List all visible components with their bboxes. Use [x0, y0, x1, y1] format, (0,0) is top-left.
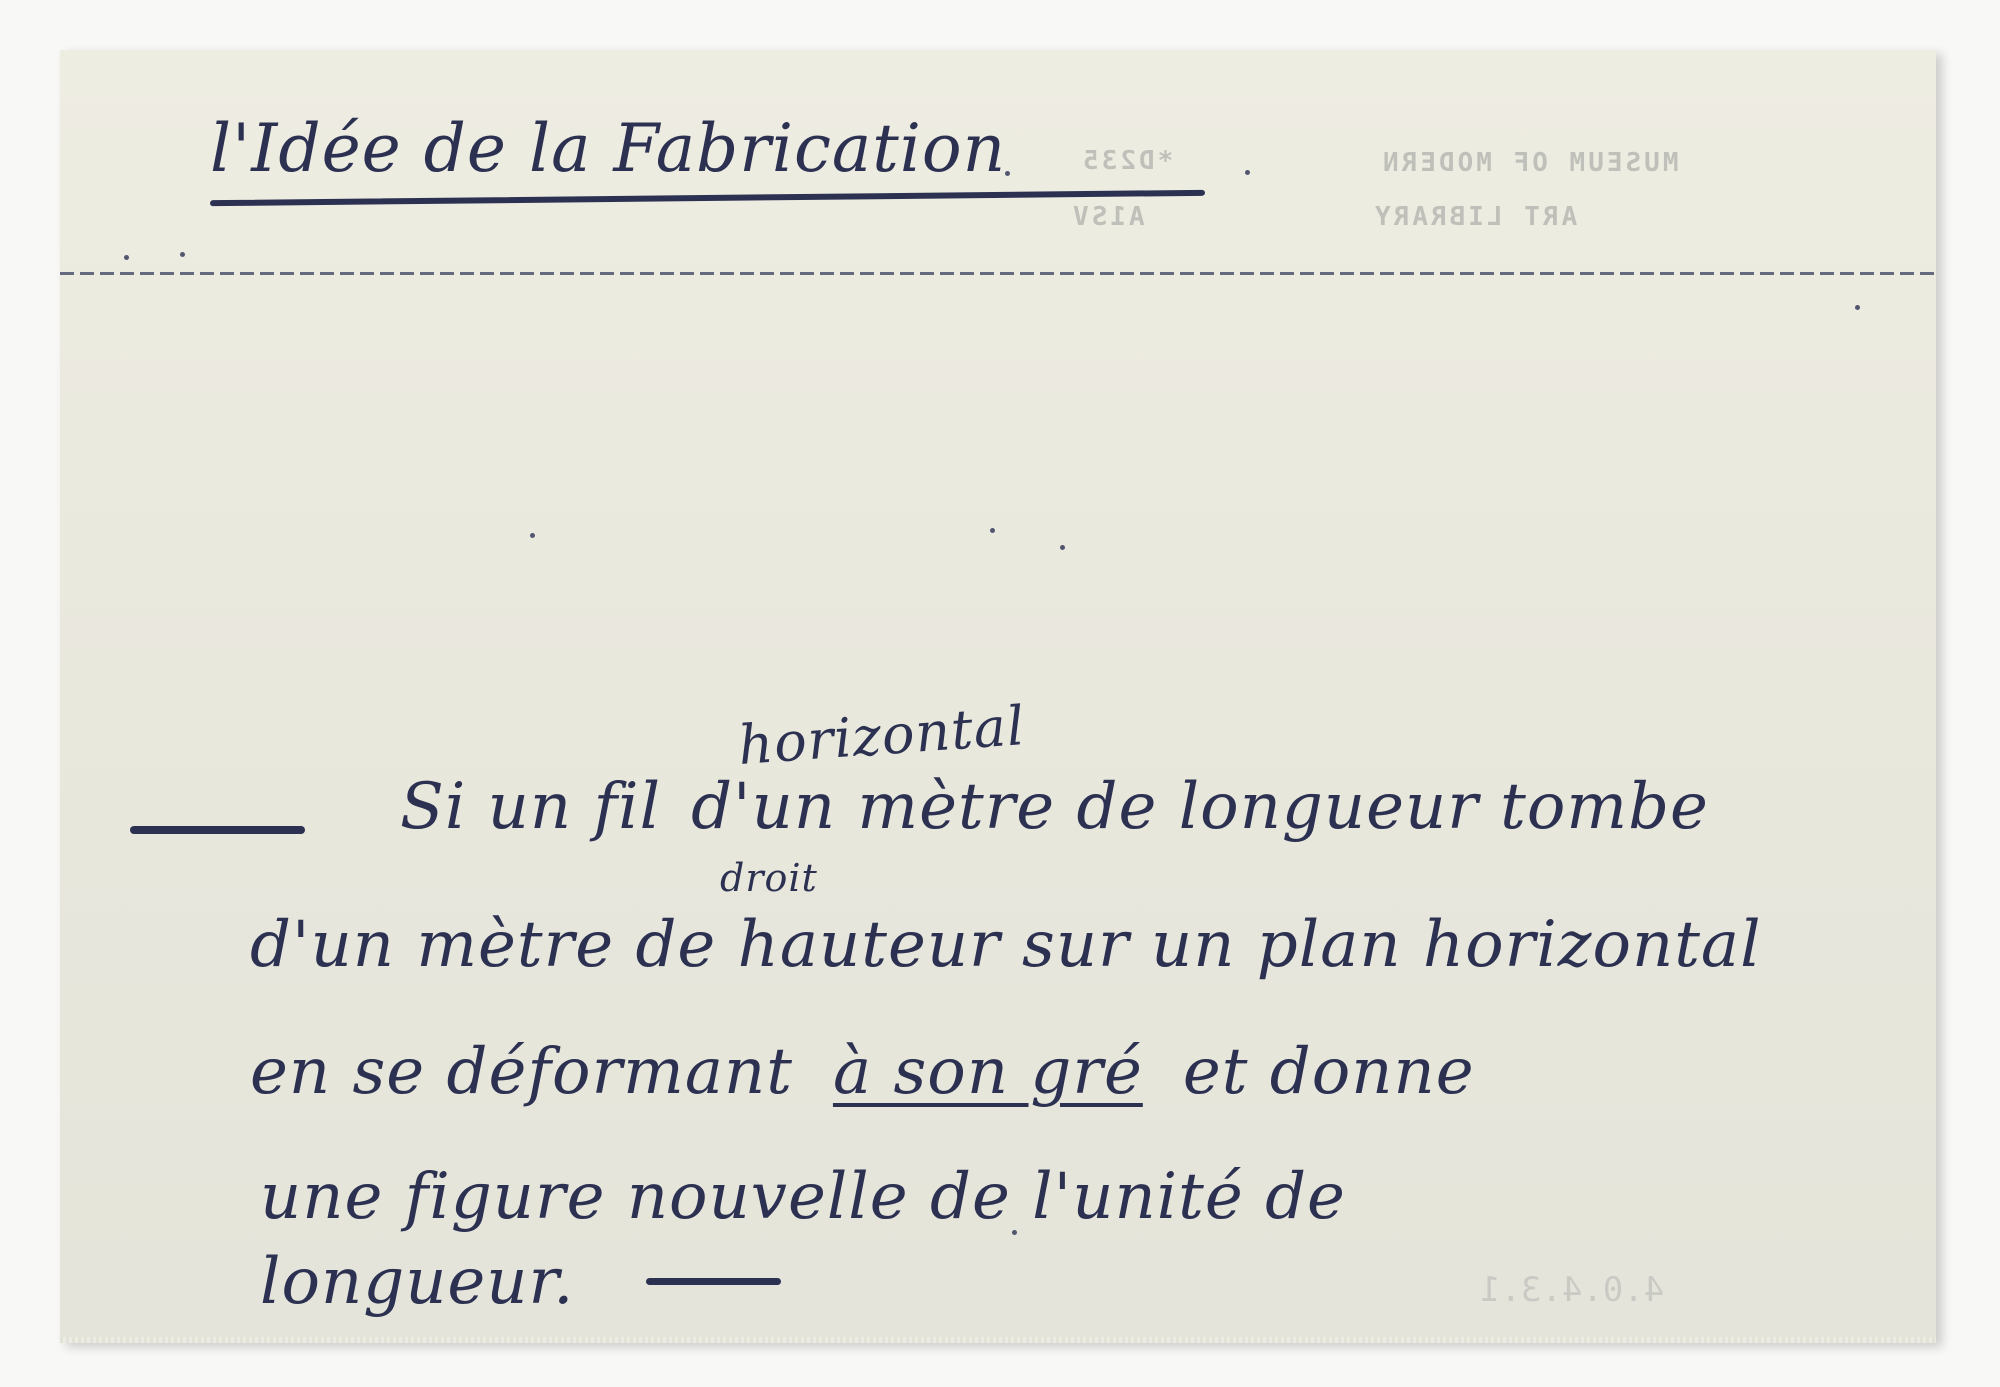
title-underline	[210, 190, 1205, 206]
lead-dash	[130, 826, 305, 834]
text-line-3: en se déformantà son gréet donne	[250, 1035, 1475, 1109]
underlined-phrase: à son gré	[833, 1035, 1143, 1109]
text-line-1: Si un fild'un mètre de longueur tombe	[400, 770, 1709, 844]
torn-rule-line	[60, 272, 1936, 275]
line-5-text: longueur.	[260, 1245, 574, 1319]
document-title: l'Idée de la Fabrication	[210, 110, 1006, 187]
bleed-through-stamp-code: *D235	[1080, 146, 1173, 176]
line-1-before: Si un fil	[400, 770, 661, 844]
line-1-after: d'un mètre de longueur tombe	[691, 770, 1709, 844]
bleed-through-stamp-museum: MUSEUM OF MODERN	[1380, 148, 1678, 178]
trailing-dash	[646, 1278, 781, 1285]
bleed-through-stamp-code-2: A1SV	[1070, 202, 1145, 232]
bleed-through-number: 4.0.4.3.1	[1480, 1270, 1664, 1310]
line-3-before: en se déformant	[250, 1035, 793, 1109]
line-3-after: et donne	[1183, 1035, 1475, 1109]
bleed-through-stamp-library: ART LIBRARY	[1372, 202, 1577, 232]
insertion-horizontal: horizontal	[736, 694, 1027, 777]
text-line-4: une figure nouvelle de l'unité de	[260, 1160, 1346, 1234]
text-line-2: d'un mètre de hauteur sur un plan horizo…	[250, 908, 1762, 982]
text-line-5: longueur.	[260, 1245, 574, 1319]
insertion-droit: droit	[720, 856, 818, 900]
manuscript-paper: *D235 MUSEUM OF MODERN A1SV ART LIBRARY …	[60, 50, 1936, 1343]
